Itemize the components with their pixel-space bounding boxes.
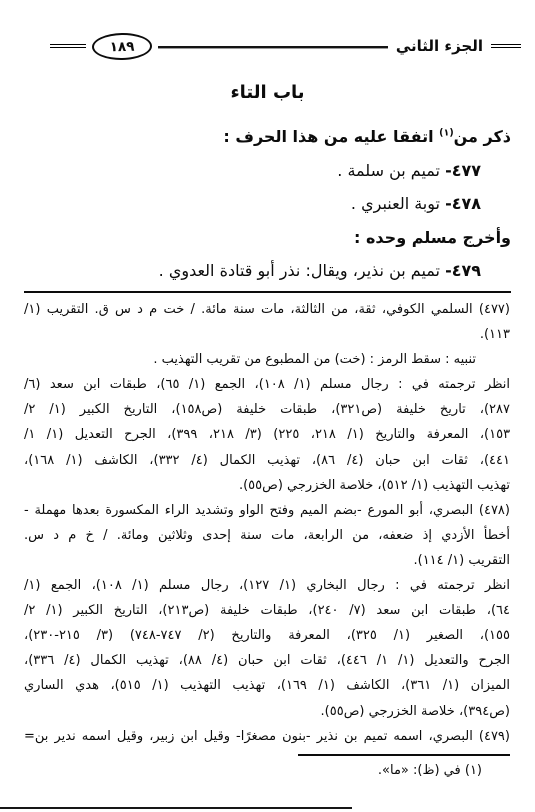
footnote-line: تنبيه : سقط الرمز : (خت) من المطبوع من ت… <box>24 347 510 372</box>
part-title: الجزء الثاني <box>394 39 485 54</box>
footnote-line: الميزان (١/ ٣٦١)، الكاشف (١/ ١٦٩)، تهذيب… <box>24 673 510 698</box>
footnote-line: ١٥٥)، الصغير (١/ ٣٢٥)، المعرفة والتاريخ … <box>24 623 510 648</box>
header-left-double-rule <box>50 44 86 48</box>
entry-text: تميم بن نذير، ويقال: نذر أبو قتادة العدو… <box>159 261 445 280</box>
subheading-muslim-only: وأخرج مسلم وحده : <box>24 221 511 255</box>
footnote-line: (٤٧٨) البصري، أبو المورع -بضم الميم وفتح… <box>24 498 510 523</box>
manuscript-note-separator <box>298 754 510 756</box>
footnote-ref-1: (١) <box>439 128 454 139</box>
intro-text-post: اتفقا عليه من هذا الحرف : <box>223 127 439 146</box>
footnote-line: ٤٤١)، ثقات ابن حبان (٤/ ٨٦)، تهذيب الكما… <box>24 448 510 473</box>
footnote-separator-rule <box>24 291 511 293</box>
footnote-line: التقريب (١/ ١١٤). <box>24 548 510 573</box>
footnote-line: (٤٧٧) السلمي الكوفي، ثقة، من الثالثة، ما… <box>24 297 510 322</box>
main-text: باب التاء ذكر من(١) اتفقا عليه من هذا ال… <box>24 80 511 288</box>
intro-text-pre: ذكر من <box>454 127 511 146</box>
footnote-line: انظر ترجمته في : رجال البخاري (١/ ١٢٧)، … <box>24 573 510 598</box>
footnote-line: (٤٧٩) البصري، اسمه تميم بن نذير -بنون مص… <box>24 724 510 749</box>
footnote-line: انظر ترجمته في : رجال مسلم (١/ ١٠٨)، الج… <box>24 372 510 397</box>
intro-line: ذكر من(١) اتفقا عليه من هذا الحرف : <box>24 120 511 154</box>
manuscript-variant-note: (١) في (ظ): «ما». <box>24 759 510 783</box>
footnote-line: (ص٣٩٤)، خلاصة الخزرجي (ص٥٥). <box>24 699 510 724</box>
chapter-title: باب التاء <box>24 80 511 106</box>
footnote-line: تهذيب التهذيب (١/ ٥١٢)، خلاصة الخزرجي (ص… <box>24 473 510 498</box>
footnote-line: أخطأ الأزدي إذ ضعفه، من الرابعة، مات سنة… <box>24 523 510 548</box>
footnote-line: ٢٨٧)، تاريخ خليفة (ص٣٢١)، طبقات خليفة (ص… <box>24 397 510 422</box>
page-header: الجزء الثاني ١٨٩ <box>50 31 521 61</box>
entry-text: تميم بن سلمة . <box>337 161 445 180</box>
header-right-double-rule <box>491 44 521 48</box>
entry-477: ٤٧٧- تميم بن سلمة . <box>24 154 511 188</box>
entry-number: ٤٧٨- <box>445 194 481 213</box>
entry-number: ٤٧٩- <box>445 261 481 280</box>
scan-artifact-line <box>0 807 352 810</box>
header-long-rule <box>158 46 388 49</box>
entry-479: ٤٧٩- تميم بن نذير، ويقال: نذر أبو قتادة … <box>24 254 511 288</box>
footnotes-block: (٤٧٧) السلمي الكوفي، ثقة، من الثالثة، ما… <box>24 297 510 783</box>
footnote-line: ١١٣). <box>24 322 510 347</box>
entry-478: ٤٧٨- توبة العنبري . <box>24 187 511 221</box>
footnote-line: ١٥٣)، المعرفة والتاريخ (١/ ٢١٨، ٢٢٥) (٣/… <box>24 422 510 447</box>
footnote-line: الجرح والتعديل (١/ ١/ ٤٤٦)، ثقات ابن حبا… <box>24 648 510 673</box>
entry-text: توبة العنبري . <box>351 194 445 213</box>
footnote-line: ٦٤)، طبقات ابن سعد (٧/ ٢٤٠)، طبقات خليفة… <box>24 598 510 623</box>
page-number: ١٨٩ <box>110 38 135 54</box>
page-number-oval: ١٨٩ <box>92 32 152 60</box>
book-page: الجزء الثاني ١٨٩ باب التاء ذكر من(١) اتف… <box>0 0 535 812</box>
entry-number: ٤٧٧- <box>445 161 481 180</box>
